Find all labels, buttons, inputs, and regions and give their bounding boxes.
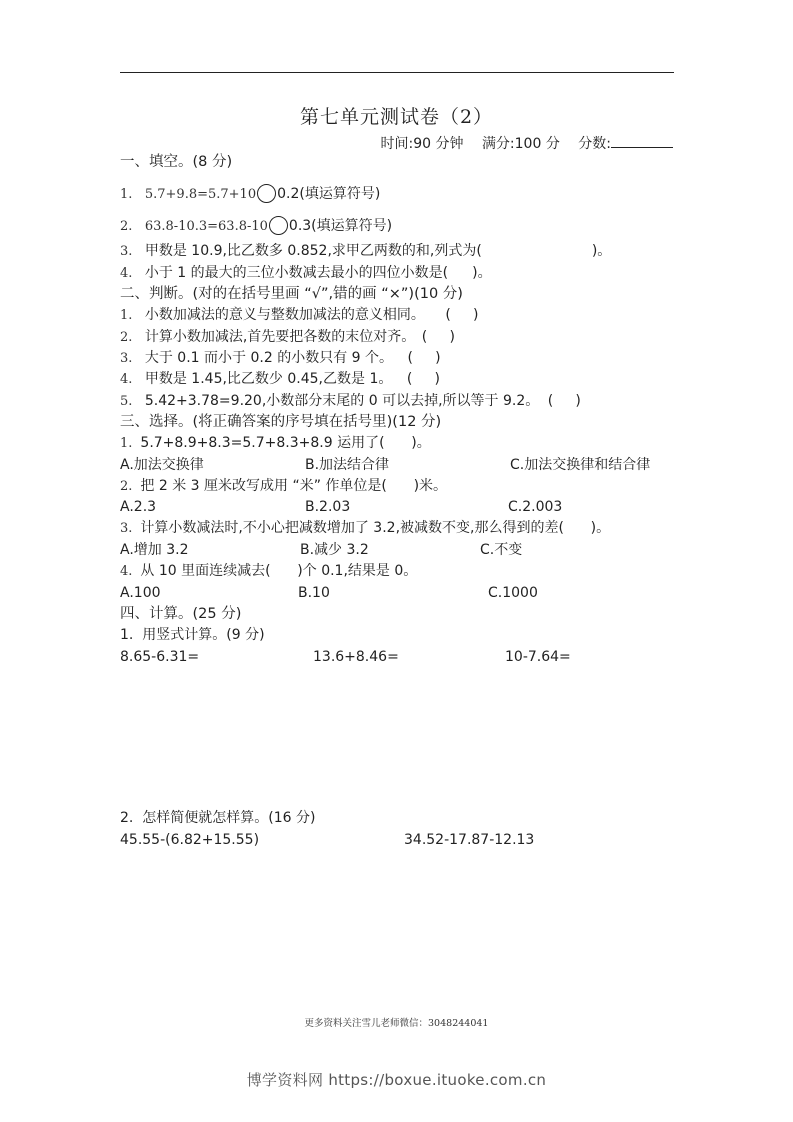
exam-page: 第七单元测试卷（2） 时间:90 分钟 满分:100 分 分数: 一、填空。(8… bbox=[0, 0, 793, 1122]
fill-item-4: 4. 小于 1 的最大的三位小数减去最小的四位小数是()。 bbox=[120, 264, 492, 283]
judge-item-4: 4. 甲数是 1.45,比乙数少 0.45,乙数是 1。 ( ) bbox=[120, 370, 440, 389]
judge-item-1: 1. 小数加减法的意义与整数加减法的意义相同。 ( ) bbox=[120, 306, 479, 325]
calc-part2-title: 2. 怎样简便就怎样算。(16 分) bbox=[120, 809, 315, 827]
choice-4-option-c[interactable]: C.1000 bbox=[488, 584, 538, 602]
footer-note: 更多资料关注雪儿老师微信：3048244041 bbox=[0, 1015, 793, 1029]
site-watermark: 博学资料网 https://boxue.ituoke.com.cn bbox=[0, 1069, 793, 1090]
score-blank[interactable] bbox=[611, 135, 673, 148]
judge-item-3: 3. 大于 0.1 而小于 0.2 的小数只有 9 个。 ( ) bbox=[120, 349, 441, 368]
choice-question-3: 3.计算小数减法时,不小心把减数增加了 3.2,被减数不变,那么得到的差( )。 bbox=[120, 519, 610, 538]
calc-problem-1: 8.65-6.31= bbox=[120, 648, 199, 666]
top-rule bbox=[120, 72, 674, 73]
choice-3-option-c[interactable]: C.不变 bbox=[480, 541, 522, 559]
judge-answer-2[interactable]: ( ) bbox=[422, 329, 455, 345]
choice-question-4: 4.从 10 里面连续减去( )个 0.1,结果是 0。 bbox=[120, 562, 417, 581]
fill-item-3: 3. 甲数是 10.9,比乙数多 0.852,求甲乙两数的和,列式为()。 bbox=[120, 242, 611, 261]
calc-problem-2: 13.6+8.46= bbox=[313, 648, 399, 666]
judge-answer-1[interactable]: ( ) bbox=[445, 307, 478, 323]
judge-answer-5[interactable]: ( ) bbox=[548, 393, 581, 409]
section-heading-fill: 一、填空。(8 分) bbox=[120, 153, 232, 171]
fill-item-2: 2. 63.8-10.3=63.8-100.3(填运算符号) bbox=[120, 216, 392, 236]
choice-4-option-a[interactable]: A.100 bbox=[120, 584, 161, 602]
section-heading-judge: 二、判断。(对的在括号里画 “√”,错的画 “×”)(10 分) bbox=[120, 285, 463, 303]
simplify-problem-2: 34.52-17.87-12.13 bbox=[404, 831, 534, 849]
judge-item-2: 2. 计算小数加减法,首先要把各数的末位对齐。 ( ) bbox=[120, 328, 455, 347]
calc-problem-3: 10-7.64= bbox=[505, 648, 571, 666]
page-title: 第七单元测试卷（2） bbox=[0, 102, 793, 129]
choice-4-option-b[interactable]: B.10 bbox=[298, 584, 330, 602]
score-label: 分数: bbox=[578, 136, 611, 152]
choice-1-option-c[interactable]: C.加法交换律和结合律 bbox=[510, 456, 650, 474]
choice-1-option-a[interactable]: A.加法交换律 bbox=[120, 456, 204, 474]
operator-circle-2[interactable] bbox=[269, 216, 288, 235]
judge-item-5: 5. 5.42+3.78=9.20,小数部分末尾的 0 可以去掉,所以等于 9.… bbox=[120, 392, 581, 411]
section-heading-calc: 四、计算。(25 分) bbox=[120, 605, 241, 623]
simplify-problem-1: 45.55-(6.82+15.55) bbox=[120, 831, 259, 849]
judge-answer-4[interactable]: ( ) bbox=[407, 371, 440, 387]
choice-question-1: 1.5.7+8.9+8.3=5.7+8.3+8.9 运用了( )。 bbox=[120, 434, 431, 453]
choice-1-option-b[interactable]: B.加法结合律 bbox=[305, 456, 389, 474]
exam-meta: 时间:90 分钟 满分:100 分 分数: bbox=[381, 133, 674, 153]
choice-2-option-a[interactable]: A.2.3 bbox=[120, 498, 156, 516]
time-limit: 时间:90 分钟 bbox=[381, 136, 464, 152]
choice-2-option-b[interactable]: B.2.03 bbox=[305, 498, 350, 516]
full-score: 满分:100 分 bbox=[482, 136, 560, 152]
section-heading-choice: 三、选择。(将正确答案的序号填在括号里)(12 分) bbox=[120, 413, 441, 431]
judge-answer-3[interactable]: ( ) bbox=[407, 350, 440, 366]
choice-2-option-c[interactable]: C.2.003 bbox=[508, 498, 562, 516]
operator-circle-1[interactable] bbox=[257, 184, 276, 203]
calc-part1-title: 1. 用竖式计算。(9 分) bbox=[120, 626, 265, 644]
choice-3-option-a[interactable]: A.增加 3.2 bbox=[120, 541, 189, 559]
choice-question-2: 2.把 2 米 3 厘米改写成用 “米” 作单位是( )米。 bbox=[120, 477, 447, 496]
choice-3-option-b[interactable]: B.减少 3.2 bbox=[300, 541, 369, 559]
fill-item-1: 1. 5.7+9.8=5.7+100.2(填运算符号) bbox=[120, 184, 380, 204]
